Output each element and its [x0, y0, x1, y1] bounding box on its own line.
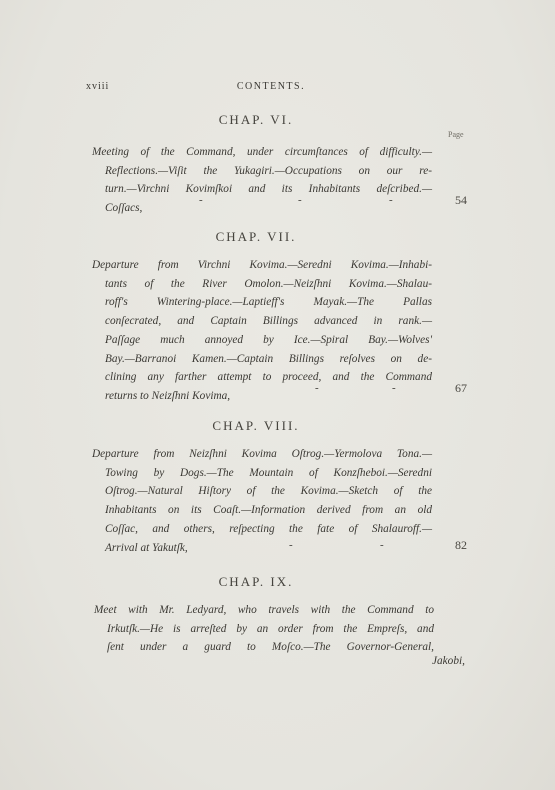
chapter-summary: Meet with Mr. Ledyard, who travels with …	[94, 601, 434, 657]
catchword: Jakobi,	[432, 655, 465, 667]
chapter-summary: Meeting of the Command, under circumſtan…	[92, 143, 432, 218]
leader-dash: -	[389, 194, 393, 206]
chapter-heading: CHAP. VII.	[86, 229, 426, 245]
summary-line: Irkutſk.—He is arreſted by an order from…	[94, 620, 434, 639]
book-page: xviii CONTENTS. CHAP. VI. Page Meeting o…	[0, 0, 555, 790]
running-head-title: CONTENTS.	[86, 81, 456, 92]
leader-dash: -	[392, 382, 396, 394]
summary-line: Departure from Virchni Kovima.—Seredni K…	[92, 256, 432, 275]
summary-line: Departure from Neizſhni Kovima Oſtrog.—Y…	[92, 445, 432, 464]
leader-dash: -	[199, 194, 203, 206]
summary-line: tants of the River Omolon.—Neizſhni Kovi…	[92, 275, 432, 294]
summary-line: turn.—Virchni Kovimſkoi and its Inhabita…	[92, 180, 432, 199]
summary-line: Paſſage much annoyed by Ice.—Spiral Bay.…	[92, 331, 432, 350]
summary-line: ſent under a guard to Moſco.—The Governo…	[94, 638, 434, 657]
summary-line: clining any farther attempt to proceed, …	[92, 368, 432, 387]
summary-line: Oſtrog.—Natural Hiſtory of the Kovima.—S…	[92, 482, 432, 501]
summary-line: conſecrated, and Captain Billings advanc…	[92, 312, 432, 331]
summary-line: Reflections.—Viſit the Yukagiri.—Occupat…	[92, 162, 432, 181]
chapter-heading: CHAP. VI.	[86, 112, 426, 128]
leader-dash: -	[298, 194, 302, 206]
summary-line: Coſſacs,	[92, 199, 432, 218]
summary-line: Towing by Dogs.—The Mountain of Konzſheb…	[92, 464, 432, 483]
summary-line: Bay.—Barranoi Kamen.—Captain Billings re…	[92, 350, 432, 369]
leader-dash: -	[380, 539, 384, 551]
summary-line: returns to Neizſhni Kovima,	[92, 387, 432, 406]
page-number: 54	[455, 193, 467, 208]
page-column-label: Page	[448, 130, 464, 139]
chapter-heading: CHAP. VIII.	[86, 418, 426, 434]
summary-line: Inhabitants on its Coaſt.—Information de…	[92, 501, 432, 520]
chapter-summary: Departure from Virchni Kovima.—Seredni K…	[92, 256, 432, 406]
summary-line: Coſſac, and others, reſpecting the fate …	[92, 520, 432, 539]
summary-line: Meet with Mr. Ledyard, who travels with …	[94, 601, 434, 620]
page-number: 67	[455, 381, 467, 396]
summary-line: Meeting of the Command, under circumſtan…	[92, 143, 432, 162]
leader-dash: -	[315, 382, 319, 394]
leader-dash: -	[289, 539, 293, 551]
chapter-heading: CHAP. IX.	[86, 574, 426, 590]
page-number: 82	[455, 538, 467, 553]
summary-line: roff's Wintering-place.—Laptieff's Mayak…	[92, 293, 432, 312]
